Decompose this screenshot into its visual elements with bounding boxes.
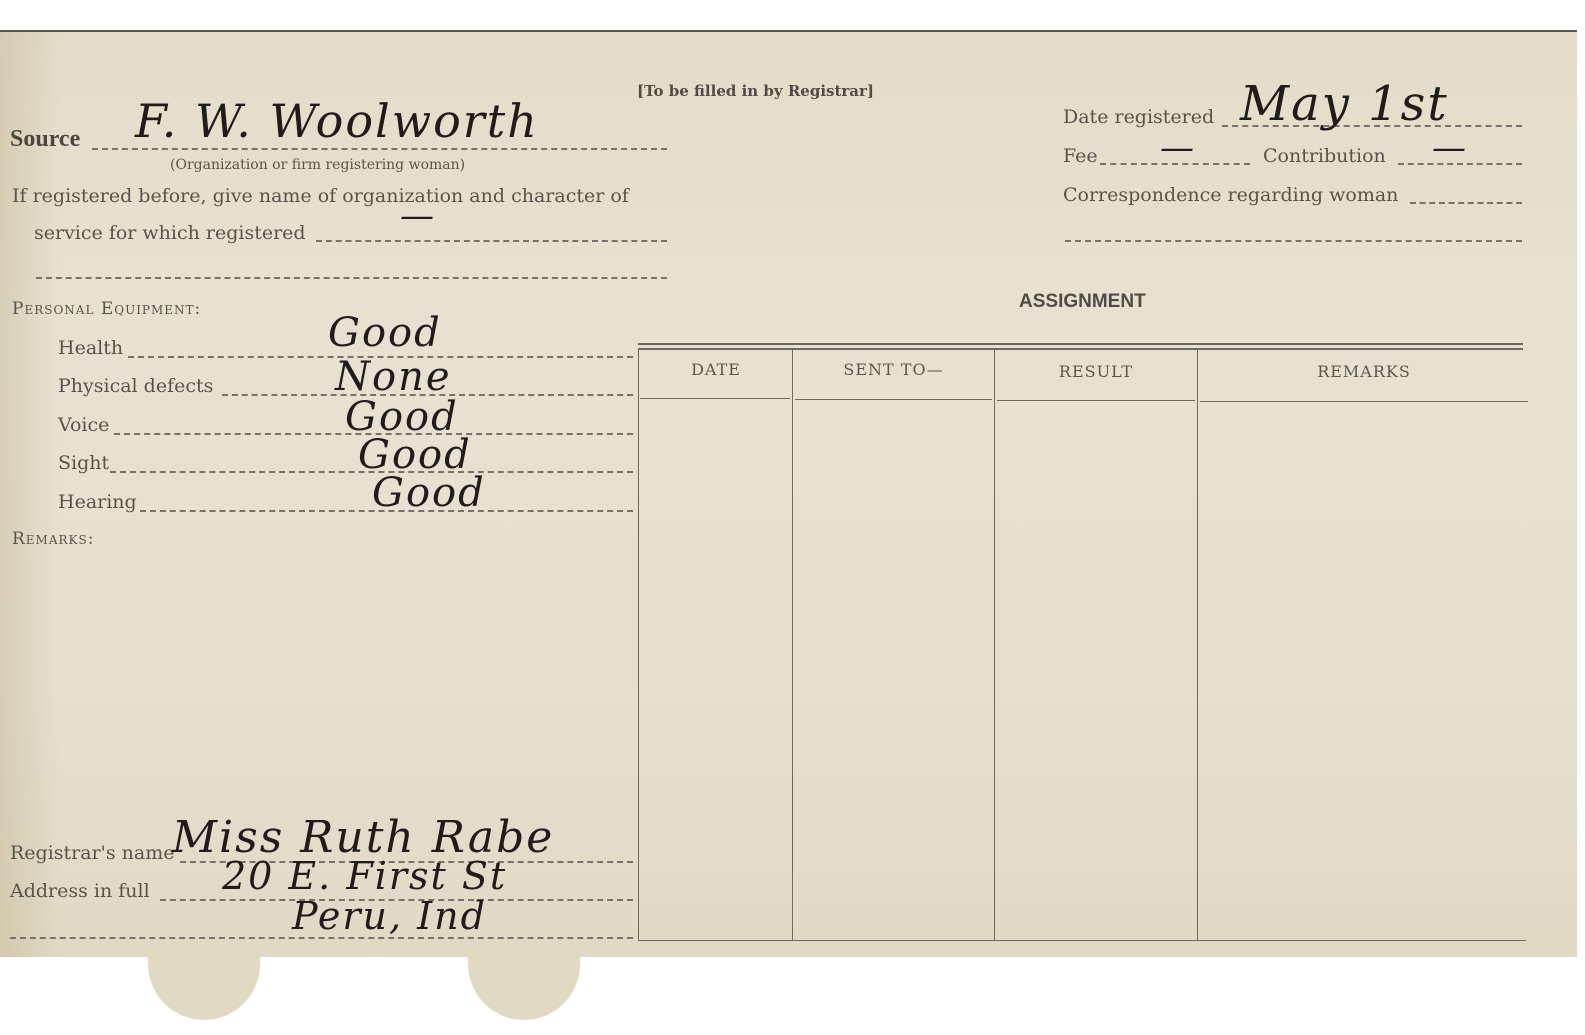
correspondence-line-2 bbox=[1065, 240, 1522, 242]
remarks-value[interactable] bbox=[12, 557, 612, 817]
address-line1-value[interactable]: 20 E. First St bbox=[222, 854, 507, 898]
source-caption: (Organization or firm registering woman) bbox=[170, 157, 465, 173]
correspondence-label: Correspondence regarding woman bbox=[1063, 184, 1398, 206]
table-top-rule-2 bbox=[638, 348, 1523, 350]
address-line2-value[interactable]: Peru, Ind bbox=[292, 894, 487, 938]
column-divider bbox=[994, 348, 995, 940]
service-line-2 bbox=[36, 277, 667, 279]
column-divider bbox=[1197, 348, 1198, 940]
service-label: service for which registered bbox=[34, 222, 306, 244]
contribution-value[interactable]: — bbox=[1432, 128, 1468, 168]
assignment-title: ASSIGNMENT bbox=[1019, 291, 1146, 313]
column-divider bbox=[638, 348, 639, 940]
column-header-date: DATE bbox=[640, 360, 792, 379]
fee-value[interactable]: — bbox=[1160, 128, 1196, 168]
card-tab-left bbox=[148, 948, 260, 1020]
date-registered-label: Date registered bbox=[1063, 106, 1214, 128]
header-underline bbox=[640, 398, 790, 399]
contribution-label: Contribution bbox=[1263, 145, 1386, 167]
header-underline bbox=[1200, 401, 1528, 402]
correspondence-value[interactable] bbox=[1410, 180, 1522, 204]
registrar-name-label: Registrar's name bbox=[10, 842, 175, 864]
column-header-sent-to: SENT TO— bbox=[793, 360, 994, 379]
health-value[interactable]: Good bbox=[328, 310, 442, 356]
date-registered-value[interactable]: May 1st bbox=[1240, 76, 1449, 132]
source-line bbox=[92, 148, 667, 150]
personal-equipment-title: Personal Equipment: bbox=[12, 299, 201, 319]
registration-card: [To be filled in by Registrar] Source F.… bbox=[0, 30, 1577, 957]
sight-label: Sight bbox=[58, 452, 109, 474]
registered-before-label: If registered before, give name of organ… bbox=[12, 185, 629, 207]
physical-defects-label: Physical defects bbox=[58, 375, 213, 397]
header-underline bbox=[795, 399, 992, 400]
table-top-rule-1 bbox=[638, 343, 1523, 345]
hearing-label: Hearing bbox=[58, 491, 137, 513]
service-value[interactable]: — bbox=[400, 196, 436, 236]
column-header-result: RESULT bbox=[995, 362, 1197, 381]
health-label: Health bbox=[58, 337, 123, 359]
remarks-label: Remarks: bbox=[12, 529, 94, 549]
table-bottom-rule bbox=[638, 940, 1526, 941]
column-header-remarks: REMARKS bbox=[1198, 362, 1530, 381]
source-label: Source bbox=[10, 126, 80, 153]
card-tab-right bbox=[468, 948, 580, 1020]
source-value[interactable]: F. W. Woolworth bbox=[135, 94, 539, 148]
fee-label: Fee bbox=[1063, 145, 1098, 167]
hearing-value[interactable]: Good bbox=[372, 470, 486, 516]
registrar-note: [To be filled in by Registrar] bbox=[637, 82, 874, 100]
service-line bbox=[316, 240, 667, 242]
header-underline bbox=[997, 400, 1195, 401]
column-divider bbox=[792, 348, 793, 940]
voice-label: Voice bbox=[58, 414, 109, 436]
address-label: Address in full bbox=[10, 880, 150, 902]
